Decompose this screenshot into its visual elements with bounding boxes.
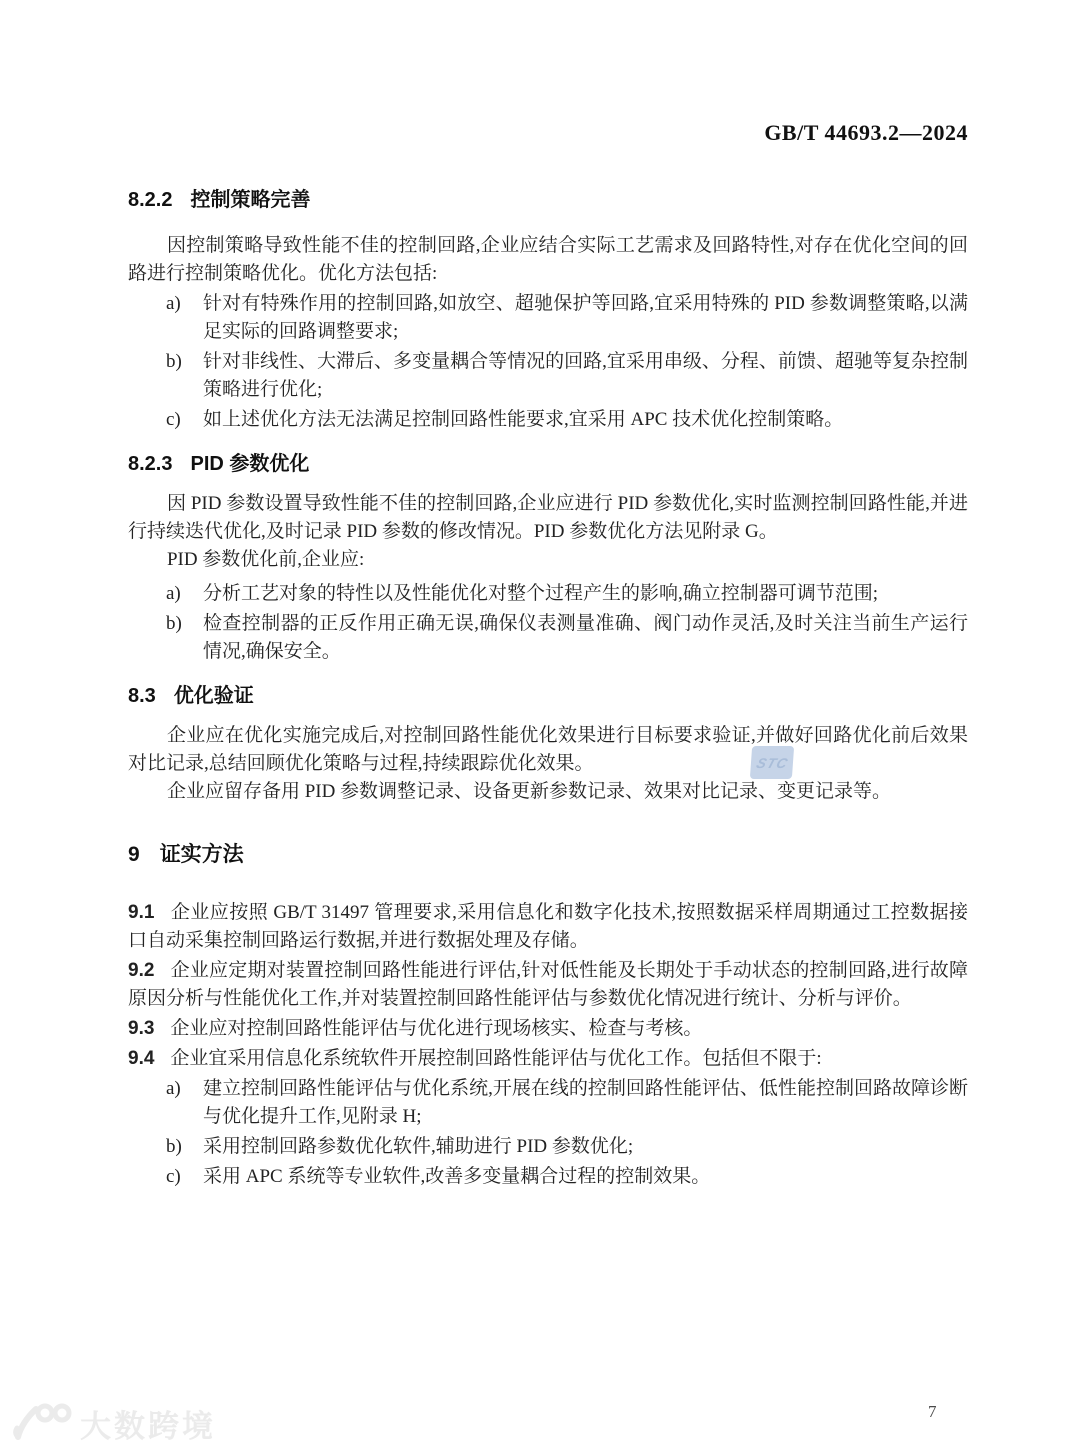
document-page: GB/T 44693.2—2024 8.2.2控制策略完善 因控制策略导致性能不… [0,0,1080,1448]
paragraph: 企业应留存备用 PID 参数调整记录、设备更新参数记录、效果对比记录、变更记录等… [128,778,968,806]
list-item-text: 采用 APC 系统等专业软件,改善多变量耦合过程的控制效果。 [203,1166,710,1187]
clause-9-1: 9.1企业应按照 GB/T 31497 管理要求,采用信息化和数字化技术,按照数… [128,899,968,955]
list-marker: b) [166,1133,182,1161]
list-item-text: 采用控制回路参数优化软件,辅助进行 PID 参数优化; [203,1136,633,1157]
list-item: c) 如上述优化方法无法满足控制回路性能要求,宜采用 APC 技术优化控制策略。 [128,406,968,434]
list-item: b) 针对非线性、大滞后、多变量耦合等情况的回路,宜采用串级、分程、前馈、超驰等… [128,348,968,404]
section-heading-8-2-2: 8.2.2控制策略完善 [128,186,968,214]
section-number: 8.2.2 [128,189,172,211]
list-item-text: 检查控制器的正反作用正确无误,确保仪表测量准确、阀门动作灵活,及时关注当前生产运… [203,613,968,662]
paragraph: 企业应在优化实施完成后,对控制回路性能优化效果进行目标要求验证,并做好回路优化前… [128,722,968,778]
list-marker: a) [166,290,181,318]
lettered-list: a) 分析工艺对象的特性以及性能优化对整个过程产生的影响,确立控制器可调节范围;… [128,580,968,666]
section-number: 8.2.3 [128,453,172,475]
clause-number: 9.2 [128,960,154,981]
list-marker: a) [166,580,181,608]
doc-number: GB/T 44693.2—2024 [764,120,968,146]
clause-number: 9.3 [128,1018,154,1039]
section-title: 控制策略完善 [190,189,310,211]
list-item: c) 采用 APC 系统等专业软件,改善多变量耦合过程的控制效果。 [128,1163,968,1191]
list-marker: c) [166,1163,181,1191]
clause-text: 企业应定期对装置控制回路性能进行评估,针对低性能及长期处于手动状态的控制回路,进… [128,960,968,1009]
clause-9-2: 9.2企业应定期对装置控制回路性能进行评估,针对低性能及长期处于手动状态的控制回… [128,957,968,1013]
list-marker: b) [166,610,182,638]
paragraph: PID 参数优化前,企业应: [128,546,968,574]
chapter-title: 证实方法 [160,843,244,866]
footer-watermark: 大数跨境 [10,1400,216,1447]
clause-number: 9.1 [128,902,154,923]
stc-stamp-text: STC [754,755,790,771]
section-title: PID 参数优化 [190,453,309,475]
section-title: 优化验证 [174,685,254,707]
lettered-list: a) 建立控制回路性能评估与优化系统,开展在线的控制回路性能评估、低性能控制回路… [128,1075,968,1191]
clause-text: 企业宜采用信息化系统软件开展控制回路性能评估与优化工作。包括但不限于: [170,1048,821,1069]
list-item: a) 建立控制回路性能评估与优化系统,开展在线的控制回路性能评估、低性能控制回路… [128,1075,968,1131]
list-item-text: 建立控制回路性能评估与优化系统,开展在线的控制回路性能评估、低性能控制回路故障诊… [203,1078,968,1127]
section-number: 8.3 [128,685,156,707]
chapter-number: 9 [128,843,140,866]
watermark-100-glasses-logo-icon [10,1400,72,1447]
list-item: a) 针对有特殊作用的控制回路,如放空、超驰保护等回路,宜采用特殊的 PID 参… [128,290,968,346]
clause-9-4: 9.4企业宜采用信息化系统软件开展控制回路性能评估与优化工作。包括但不限于: [128,1045,968,1073]
paragraph: 因控制策略导致性能不佳的控制回路,企业应结合实际工艺需求及回路特性,对存在优化空… [128,232,968,288]
list-marker: a) [166,1075,181,1103]
clause-number: 9.4 [128,1048,154,1069]
list-item: a) 分析工艺对象的特性以及性能优化对整个过程产生的影响,确立控制器可调节范围; [128,580,968,608]
watermark-text: 大数跨境 [80,1401,216,1446]
list-marker: c) [166,406,181,434]
chapter-heading-9: 9证实方法 [128,840,968,870]
clause-text: 企业应对控制回路性能评估与优化进行现场核实、检查与考核。 [170,1018,702,1039]
clause-9-3: 9.3企业应对控制回路性能评估与优化进行现场核实、检查与考核。 [128,1015,968,1043]
stc-stamp: STC [750,746,794,779]
list-item-text: 分析工艺对象的特性以及性能优化对整个过程产生的影响,确立控制器可调节范围; [203,583,878,604]
list-item-text: 针对非线性、大滞后、多变量耦合等情况的回路,宜采用串级、分程、前馈、超驰等复杂控… [203,351,968,400]
list-item-text: 如上述优化方法无法满足控制回路性能要求,宜采用 APC 技术优化控制策略。 [203,409,843,430]
section-heading-8-3: 8.3优化验证 [128,682,968,710]
list-item: b) 采用控制回路参数优化软件,辅助进行 PID 参数优化; [128,1133,968,1161]
list-marker: b) [166,348,182,376]
clause-text: 企业应按照 GB/T 31497 管理要求,采用信息化和数字化技术,按照数据采样… [128,902,968,951]
section-heading-8-2-3: 8.2.3PID 参数优化 [128,450,968,478]
list-item-text: 针对有特殊作用的控制回路,如放空、超驰保护等回路,宜采用特殊的 PID 参数调整… [203,293,968,342]
page-content: 8.2.2控制策略完善 因控制策略导致性能不佳的控制回路,企业应结合实际工艺需求… [128,186,968,1191]
lettered-list: a) 针对有特殊作用的控制回路,如放空、超驰保护等回路,宜采用特殊的 PID 参… [128,290,968,434]
page-number: 7 [928,1402,937,1422]
paragraph: 因 PID 参数设置导致性能不佳的控制回路,企业应进行 PID 参数优化,实时监… [128,490,968,546]
list-item: b) 检查控制器的正反作用正确无误,确保仪表测量准确、阀门动作灵活,及时关注当前… [128,610,968,666]
